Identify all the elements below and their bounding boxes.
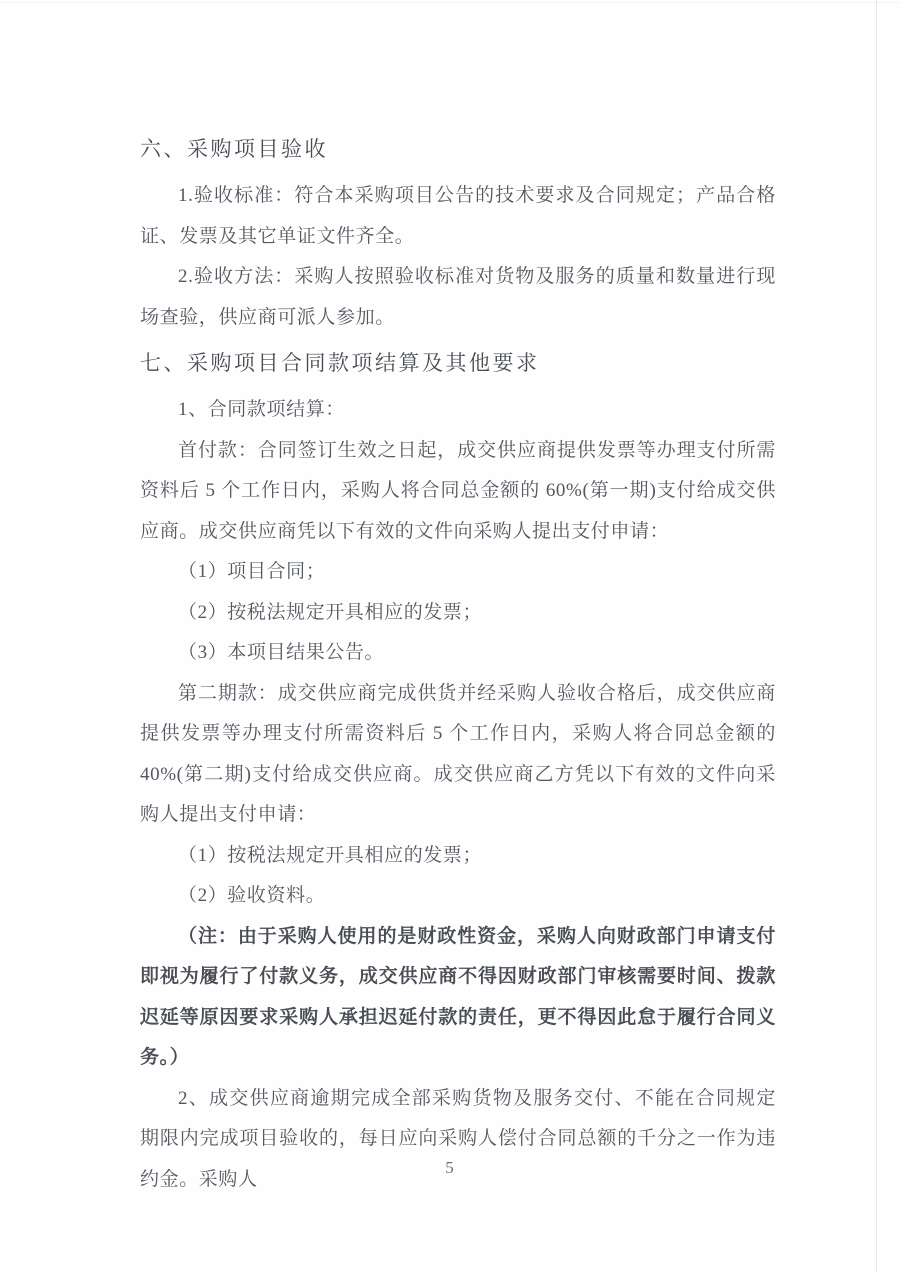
list-item-acceptance-docs: （2）验收资料。 [140,876,776,917]
section-heading-acceptance: 六、采购项目验收 [140,126,776,172]
paragraph-second-payment: 第二期款：成交供应商完成供货并经采购人验收合格后，成交供应商提供发票等办理支付所… [140,674,776,836]
section-heading-settlement: 七、采购项目合同款项结算及其他要求 [140,340,776,386]
paragraph-first-payment: 首付款：合同签订生效之日起，成交供应商提供发票等办理支付所需资料后 5 个工作日… [140,431,776,553]
scanned-document-page: 六、采购项目验收 1.验收标准：符合本采购项目公告的技术要求及合同规定；产品合格… [0,0,900,1272]
document-body: 六、采购项目验收 1.验收标准：符合本采购项目公告的技术要求及合同规定；产品合格… [140,126,776,1200]
list-item-result-announcement: （3）本项目结果公告。 [140,633,776,674]
list-item-invoice: （2）按税法规定开具相应的发票； [140,593,776,634]
paragraph-fiscal-fund-note: （注：由于采购人使用的是财政性资金，采购人向财政部门申请支付即视为履行了付款义务… [140,917,776,1079]
list-item-contract: （1）项目合同； [140,552,776,593]
paragraph-settlement-title: 1、合同款项结算： [140,390,776,431]
scan-artifact-right-edge [876,0,877,1272]
paragraph-acceptance-method: 2.验收方法：采购人按照验收标准对货物及服务的质量和数量进行现场查验，供应商可派… [140,257,776,338]
page-number: 5 [0,1158,900,1178]
paragraph-acceptance-standard: 1.验收标准：符合本采购项目公告的技术要求及合同规定；产品合格证、发票及其它单证… [140,176,776,257]
list-item-invoice-2: （1）按税法规定开具相应的发票； [140,836,776,877]
paragraph-overdue-penalty: 2、成交供应商逾期完成全部采购货物及服务交付、不能在合同规定期限内完成项目验收的… [140,1079,776,1201]
scan-artifact-top-edge [0,2,900,3]
